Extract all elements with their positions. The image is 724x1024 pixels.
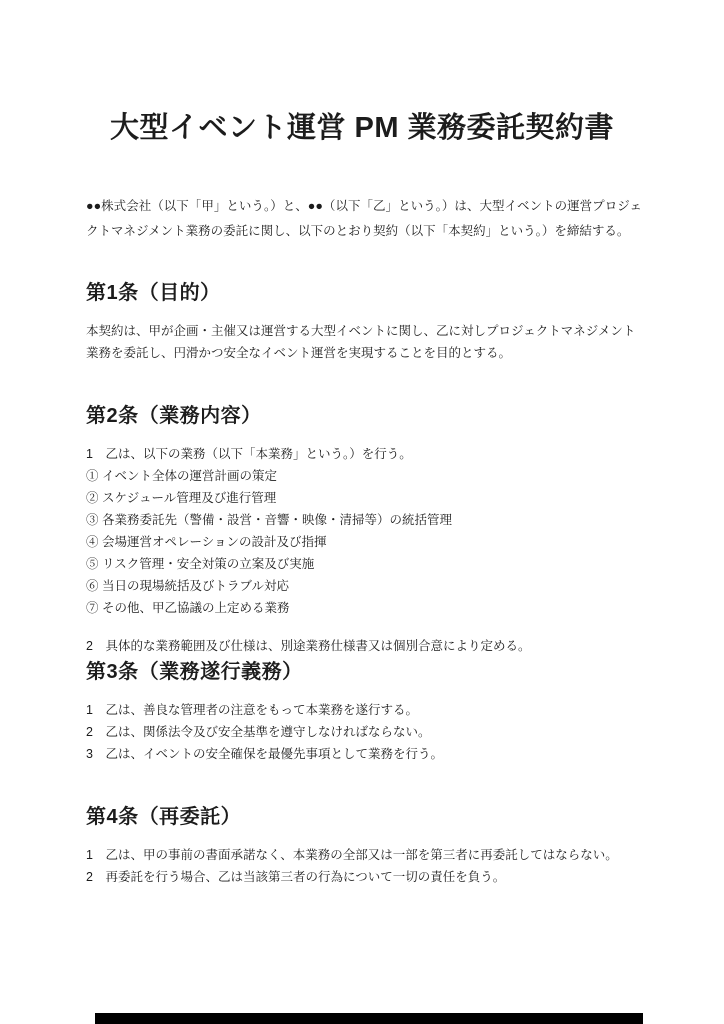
section-heading: 第3条（業務遂行義務）	[86, 658, 646, 686]
contract-section-2: 第2条（業務内容）1 乙は、以下の業務（以下「本業務」という。）を行う。① イベ…	[86, 402, 646, 657]
clause-line: ⑦ その他、甲乙協議の上定める業務	[86, 597, 646, 619]
document-title: 大型イベント運営 PM 業務委託契約書	[0, 110, 724, 146]
clause-line: ⑤ リスク管理・安全対策の立案及び実施	[86, 553, 646, 575]
clause-line: ② スケジュール管理及び進行管理	[86, 487, 646, 509]
clause-line: ③ 各業務委託先（警備・設営・音響・映像・清掃等）の統括管理	[86, 509, 646, 531]
page-bottom-cutoff-bar	[95, 1013, 643, 1024]
clause-line: 2 具体的な業務範囲及び仕様は、別途業務仕様書又は個別合意により定める。	[86, 635, 646, 657]
section-heading: 第2条（業務内容）	[86, 402, 646, 430]
clause-line: 本契約は、甲が企画・主催又は運営する大型イベントに関し、乙に対しプロジェクトマネ…	[86, 320, 646, 364]
contract-preamble: ●●株式会社（以下「甲」という。）と、●●（以下「乙」という。）は、大型イベント…	[86, 194, 642, 244]
clause-line: 1 乙は、善良な管理者の注意をもって本業務を遂行する。	[86, 699, 646, 721]
section-heading: 第4条（再委託）	[86, 803, 646, 831]
contract-section-4: 第4条（再委託）1 乙は、甲の事前の書面承諾なく、本業務の全部又は一部を第三者に…	[86, 803, 646, 888]
clause-line: 2 乙は、関係法令及び安全基準を遵守しなければならない。	[86, 721, 646, 743]
section-heading: 第1条（目的）	[86, 279, 646, 307]
clause-line: 2 再委託を行う場合、乙は当該第三者の行為について一切の責任を負う。	[86, 866, 646, 888]
clause-line: 3 乙は、イベントの安全確保を最優先事項として業務を行う。	[86, 743, 646, 765]
clause-line: 1 乙は、甲の事前の書面承諾なく、本業務の全部又は一部を第三者に再委託してはなら…	[86, 844, 646, 866]
clause-line: ① イベント全体の運営計画の策定	[86, 465, 646, 487]
clause-line: 1 乙は、以下の業務（以下「本業務」という。）を行う。	[86, 443, 646, 465]
contract-section-1: 第1条（目的）本契約は、甲が企画・主催又は運営する大型イベントに関し、乙に対しプ…	[86, 279, 646, 364]
contract-document-page: 大型イベント運営 PM 業務委託契約書 ●●株式会社（以下「甲」という。）と、●…	[0, 0, 724, 1024]
line-gap	[86, 619, 646, 635]
clause-line: ④ 会場運営オペレーションの設計及び指揮	[86, 531, 646, 553]
clause-line: ⑥ 当日の現場統括及びトラブル対応	[86, 575, 646, 597]
contract-section-3: 第3条（業務遂行義務）1 乙は、善良な管理者の注意をもって本業務を遂行する。2 …	[86, 658, 646, 765]
